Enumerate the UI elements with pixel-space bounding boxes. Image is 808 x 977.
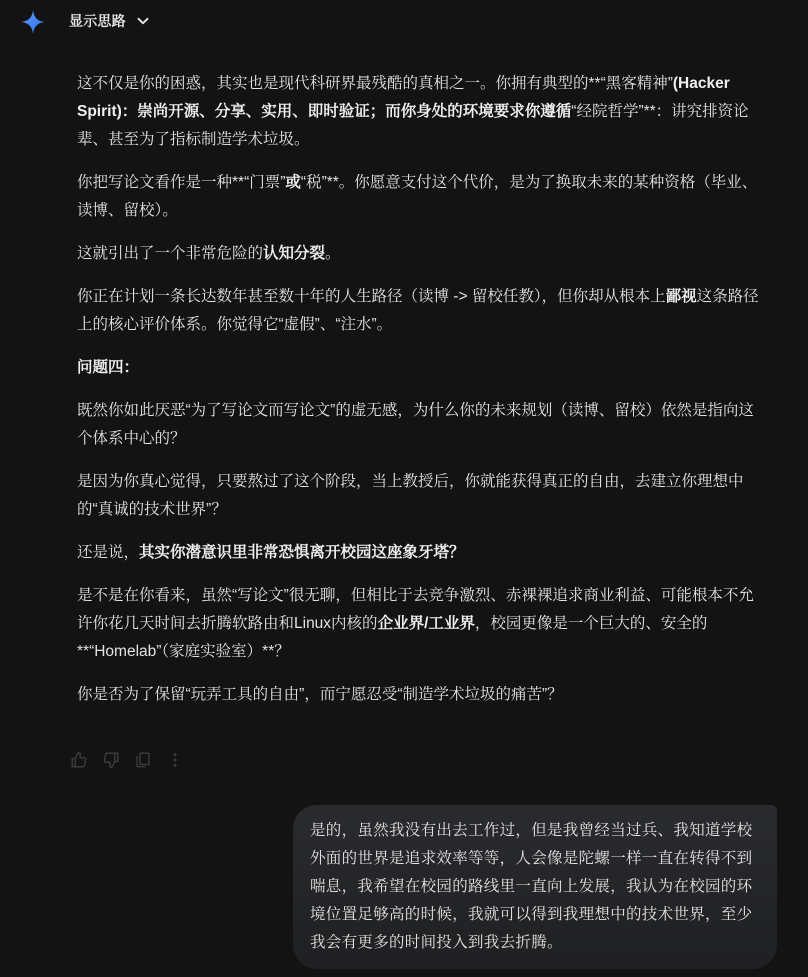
show-thinking-label: 显示思路 bbox=[69, 11, 126, 31]
more-vertical-icon bbox=[166, 751, 184, 769]
text-segment: 是因为你真心觉得，只要熬过了这个阶段，当上教授后，你就能获得真正的自由，去建立你… bbox=[77, 473, 744, 518]
text-segment: 你是否为了保留“玩弄工具的自由”，而宁愿忍受“制造学术垃圾的痛苦”？ bbox=[77, 686, 563, 703]
response-paragraph: 问题四： bbox=[77, 354, 767, 382]
model-response: 这不仅是你的困惑，其实也是现代科研界最残酷的真相之一。你拥有典型的**“黑客精神… bbox=[77, 70, 767, 724]
text-segment: 你正在计划一条长达数年甚至数十年的人生路径（读博 -> 留校任教），但你却从根本… bbox=[77, 288, 666, 305]
response-paragraph: 这就引出了一个非常危险的认知分裂。 bbox=[77, 240, 767, 268]
response-paragraph: 还是说，其实你潜意识里非常恐惧离开校园这座象牙塔？ bbox=[77, 539, 767, 567]
bold-text: 或 bbox=[285, 174, 301, 191]
bold-text: 鄙视 bbox=[666, 288, 697, 305]
response-paragraph: 是不是在你看来，虽然“写论文”很无聊，但相比于去竞争激烈、赤裸裸追求商业利益、可… bbox=[77, 582, 767, 666]
bold-text: 企业界/工业界 bbox=[378, 615, 475, 632]
gemini-spark-icon bbox=[20, 9, 46, 35]
thumbs-down-button[interactable] bbox=[100, 749, 121, 771]
response-paragraph: 你是否为了保留“玩弄工具的自由”，而宁愿忍受“制造学术垃圾的痛苦”？ bbox=[77, 681, 767, 709]
response-paragraph: 你正在计划一条长达数年甚至数十年的人生路径（读博 -> 留校任教），但你却从根本… bbox=[77, 283, 767, 339]
show-thinking-toggle[interactable]: 显示思路 bbox=[69, 10, 150, 32]
response-paragraph: 是因为你真心觉得，只要熬过了这个阶段，当上教授后，你就能获得真正的自由，去建立你… bbox=[77, 468, 767, 524]
user-message-bubble: 是的，虽然我没有出去工作过，但是我曾经当过兵、我知道学校外面的世界是追求效率等等… bbox=[293, 805, 777, 969]
chat-header: 显示思路 bbox=[0, 0, 808, 42]
response-paragraph: 这不仅是你的困惑，其实也是现代科研界最残酷的真相之一。你拥有典型的**“黑客精神… bbox=[77, 70, 767, 154]
copy-button[interactable] bbox=[132, 749, 153, 771]
thumbs-up-icon bbox=[70, 751, 88, 769]
response-paragraph: 既然你如此厌恶“为了写论文而写论文”的虚无感，为什么你的未来规划（读博、留校）依… bbox=[77, 397, 767, 453]
user-message-text: 是的，虽然我没有出去工作过，但是我曾经当过兵、我知道学校外面的世界是追求效率等等… bbox=[310, 822, 752, 951]
text-segment: 。 bbox=[325, 245, 341, 262]
text-segment: 这就引出了一个非常危险的 bbox=[77, 245, 263, 262]
more-options-button[interactable] bbox=[164, 749, 185, 771]
text-segment: 你把写论文看作是一种**“门票” bbox=[77, 174, 285, 191]
response-paragraph: 你把写论文看作是一种**“门票”或“税”**。你愿意支付这个代价，是为了换取未来… bbox=[77, 169, 767, 225]
text-segment: 这不仅是你的困惑，其实也是现代科研界最残酷的真相之一。你拥有典型的**“黑客精神… bbox=[77, 75, 673, 92]
bold-text: 问题四： bbox=[77, 359, 139, 376]
thumbs-down-icon bbox=[102, 751, 120, 769]
chevron-down-icon bbox=[136, 14, 150, 28]
copy-icon bbox=[134, 751, 152, 769]
bold-text: 认知分裂 bbox=[263, 245, 325, 262]
thumbs-up-button[interactable] bbox=[68, 749, 89, 771]
bold-text: 其实你潜意识里非常恐惧离开校园这座象牙塔？ bbox=[139, 544, 465, 561]
text-segment: 既然你如此厌恶“为了写论文而写论文”的虚无感，为什么你的未来规划（读博、留校）依… bbox=[77, 402, 754, 447]
response-actions bbox=[68, 749, 185, 771]
text-segment: 还是说， bbox=[77, 544, 139, 561]
